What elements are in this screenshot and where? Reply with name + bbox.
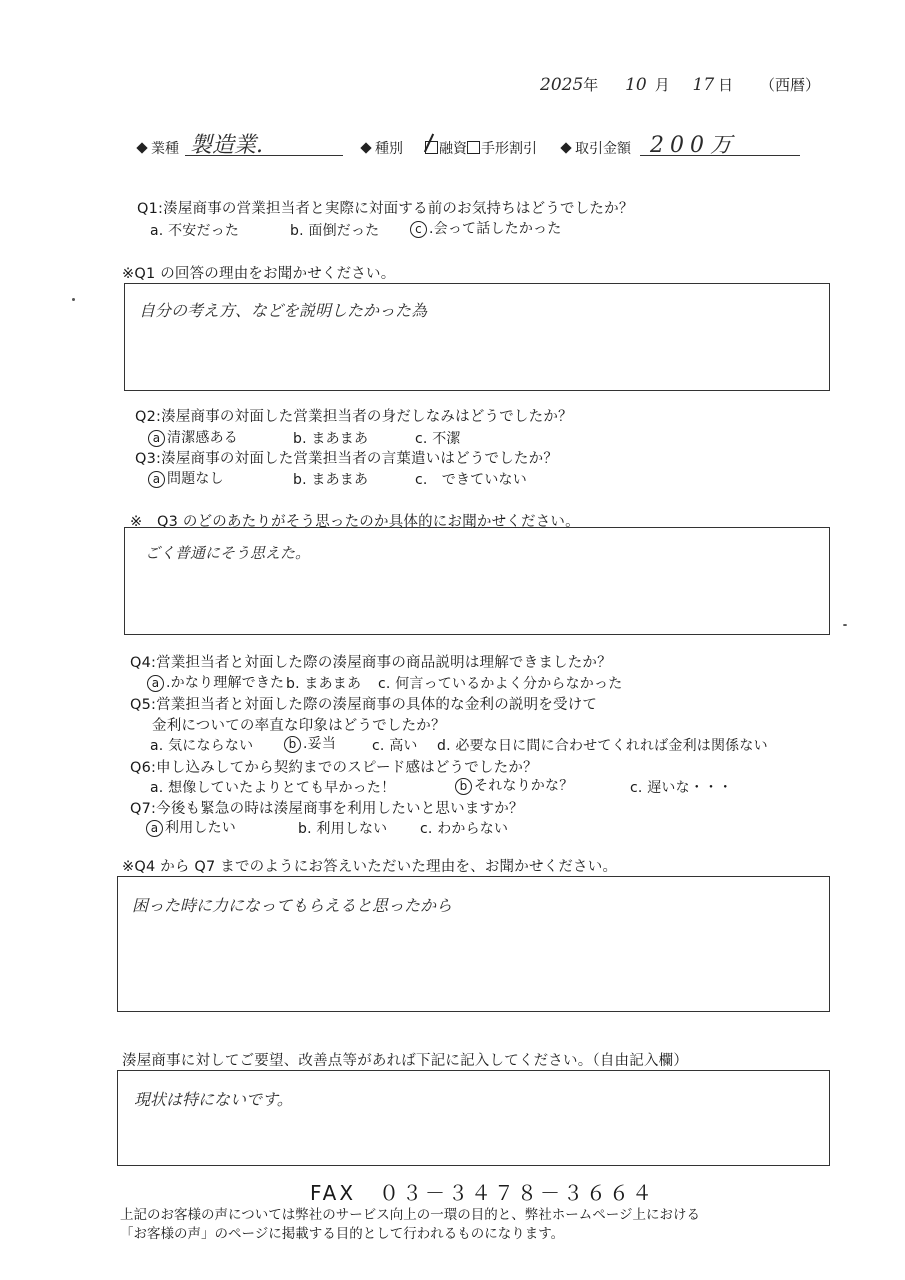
date-line: 2025年 10月 17日 （西暦） bbox=[540, 74, 820, 95]
amount-underline bbox=[640, 155, 800, 156]
q2-option-b[interactable]: b. まあまあ bbox=[293, 428, 368, 448]
free-comment-answer: 現状は特にないです。 bbox=[134, 1087, 293, 1110]
loan-checkbox[interactable] bbox=[425, 141, 438, 154]
q2-question: Q2:湊屋商事の対面した営業担当者の身だしなみはどうでしたか？ bbox=[135, 405, 573, 426]
footer-note-line2: 「お客様の声」のページに掲載する目的として行われるものになります。 bbox=[120, 1222, 564, 1242]
selected-circle-icon: a bbox=[147, 675, 164, 692]
loan-label: 融資 bbox=[439, 141, 467, 157]
fax-number: FAX ０３－３４７８－３６６４ bbox=[310, 1177, 655, 1206]
q1-reason-box[interactable]: 自分の考え方、などを説明したかった為 bbox=[124, 283, 830, 391]
q4-option-a[interactable]: a.かなり理解できた bbox=[147, 672, 284, 692]
q2-option-c[interactable]: c. 不潔 bbox=[415, 428, 461, 448]
q1-reason-prompt: ※Q1 の回答の理由をお聞かせください。 bbox=[122, 262, 395, 283]
selected-circle-icon: a bbox=[146, 820, 163, 837]
q6-option-c[interactable]: c. 遅いな・・・ bbox=[630, 777, 732, 797]
type-label: 種別 bbox=[362, 138, 403, 158]
date-year: 2025 bbox=[540, 75, 583, 95]
q1-reason-answer: 自分の考え方、などを説明したかった為 bbox=[139, 298, 427, 321]
footer-note-line1: 上記のお客様の声については弊社のサービス向上の一環の目的と、弊社ホームページ上に… bbox=[120, 1203, 700, 1223]
selected-circle-icon: b bbox=[284, 736, 301, 753]
amount-label: 取引金額 bbox=[562, 138, 631, 158]
diamond-icon bbox=[360, 142, 371, 153]
q4-option-c[interactable]: c. 何言っているかよく分からなかった bbox=[378, 673, 622, 693]
q3-reason-answer: ごく普通にそう思えた。 bbox=[145, 542, 310, 563]
industry-label: 業種 bbox=[138, 138, 179, 158]
q2-option-a[interactable]: a清潔感ある bbox=[148, 427, 238, 447]
q4-q7-reason-box[interactable]: 困った時に力になってもらえると思ったから bbox=[117, 876, 830, 1012]
year-unit: 年 bbox=[583, 76, 598, 94]
free-prompt: 湊屋商事に対してご要望、改善点等があれば下記に記入してください。（自由記入欄） bbox=[122, 1049, 688, 1070]
q1-question: Q1:湊屋商事の営業担当者と実際に対面する前のお気持ちはどうでしたか？ bbox=[137, 197, 634, 218]
q1-option-b[interactable]: b. 面倒だった bbox=[290, 220, 379, 240]
q5-option-c[interactable]: c. 高い bbox=[372, 735, 418, 755]
q4-option-b[interactable]: b. まあまあ bbox=[286, 673, 361, 693]
selected-circle-icon: c bbox=[410, 221, 427, 238]
type-options: 融資手形割引 bbox=[425, 138, 537, 158]
q5-option-b[interactable]: b.妥当 bbox=[284, 733, 336, 753]
q7-option-a[interactable]: a利用したい bbox=[146, 817, 236, 837]
date-era: （西暦） bbox=[760, 76, 820, 94]
q1-option-c[interactable]: c.会って話したかった bbox=[410, 218, 561, 238]
month-unit: 月 bbox=[655, 76, 670, 94]
bill-discount-checkbox[interactable] bbox=[467, 141, 480, 154]
q5-question-line1: Q5:営業担当者と対面した際の湊屋商事の具体的な金利の説明を受けて bbox=[130, 693, 597, 714]
industry-underline bbox=[185, 155, 343, 156]
q7-question: Q7:今後も緊急の時は湊屋商事を利用したいと思いますか？ bbox=[130, 797, 524, 818]
date-day: 17 bbox=[693, 75, 715, 95]
q3-option-b[interactable]: b. まあまあ bbox=[293, 469, 368, 489]
q3-question: Q3:湊屋商事の対面した営業担当者の言葉遣いはどうでしたか？ bbox=[135, 447, 558, 468]
q3-option-c[interactable]: c. できていない bbox=[415, 469, 527, 489]
q4-question: Q4:営業担当者と対面した際の湊屋商事の商品説明は理解できましたか？ bbox=[130, 651, 612, 672]
q6-option-a[interactable]: a. 想像していたよりとても早かった！ bbox=[150, 777, 395, 797]
bill-discount-label: 手形割引 bbox=[481, 141, 537, 157]
margin-mark bbox=[72, 298, 75, 301]
selected-circle-icon: a bbox=[148, 471, 165, 488]
selected-circle-icon: b bbox=[455, 778, 472, 795]
q4-q7-reason-answer: 困った時に力になってもらえると思ったから bbox=[132, 893, 452, 916]
diamond-icon bbox=[136, 142, 147, 153]
q7-option-b[interactable]: b. 利用しない bbox=[298, 818, 387, 838]
q3-reason-box[interactable]: ごく普通にそう思えた。 bbox=[124, 527, 830, 635]
q5-option-d[interactable]: d. 必要な日に間に合わせてくれれば金利は関係ない bbox=[437, 735, 768, 755]
q7-option-c[interactable]: c. わからない bbox=[420, 818, 508, 838]
free-comment-box[interactable]: 現状は特にないです。 bbox=[117, 1070, 830, 1166]
q1-option-a[interactable]: a. 不安だった bbox=[150, 220, 239, 240]
q5-option-a[interactable]: a. 気にならない bbox=[150, 735, 253, 755]
q5-question-line2: 金利についての率直な印象はどうでしたか？ bbox=[152, 714, 446, 735]
diamond-icon bbox=[560, 142, 571, 153]
date-month: 10 bbox=[625, 75, 647, 95]
day-unit: 日 bbox=[718, 76, 733, 94]
q4-q7-reason-prompt: ※Q4 から Q7 までのようにお答えいただいた理由を、お聞かせください。 bbox=[122, 855, 617, 876]
q6-option-b[interactable]: bそれなりかな？ bbox=[455, 775, 573, 795]
q3-option-a[interactable]: a問題なし bbox=[148, 468, 224, 488]
selected-circle-icon: a bbox=[148, 430, 165, 447]
q6-question: Q6:申し込みしてから契約までのスピード感はどうでしたか？ bbox=[130, 756, 538, 777]
margin-mark bbox=[843, 624, 847, 626]
